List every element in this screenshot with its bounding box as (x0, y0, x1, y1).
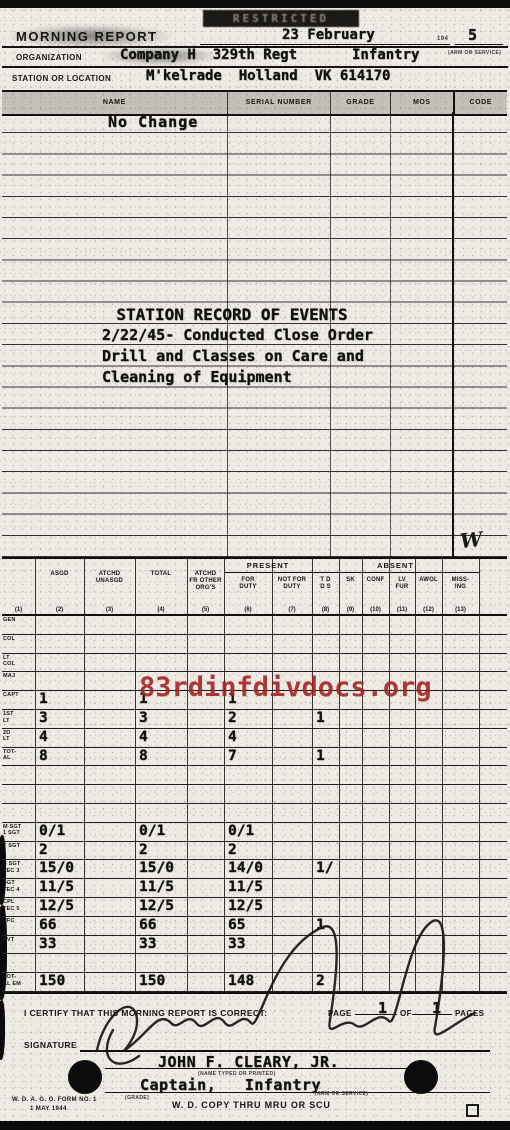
rank-label: MAJ (3, 673, 35, 680)
form-corner-box (466, 1104, 479, 1117)
organization-value: Company H 329th Regt (120, 47, 297, 63)
stats-row: LTCOL (2, 654, 507, 673)
stats-col-header-missing: MISS-ING(13) (442, 573, 479, 614)
rank-label: SGTTEC 4 (3, 880, 35, 893)
arm-service-value: Infantry (352, 47, 419, 63)
rank-label: PVT (3, 937, 35, 944)
rank-label: TOT-AL EM (3, 974, 35, 987)
column-divider (330, 112, 331, 557)
handwritten-signature (85, 880, 495, 1065)
stats-row: COL (2, 635, 507, 654)
stat-cell-td: 1 (316, 709, 325, 728)
stat-cell-for_duty: 7 (228, 747, 237, 766)
station-label: STATION OR LOCATION (12, 74, 111, 83)
roster-column-header-code: CODE (453, 92, 507, 114)
stats-col-rank: (1) (2, 559, 35, 614)
year-fill-line (455, 28, 503, 45)
stats-col-header-awol: AWOL(12) (415, 573, 442, 614)
stat-cell-asgd: 0/1 (39, 822, 65, 841)
stat-cell-asgd: 12/5 (39, 897, 74, 916)
rank-label: 2DLT (3, 730, 35, 743)
roster-column-header-mos: MOS (390, 92, 452, 114)
stat-cell-asgd: 15/0 (39, 859, 74, 878)
watermark: 83rdinfdivdocs.org (139, 672, 432, 703)
rank-label: CAPT (3, 692, 35, 699)
event-line: Cleaning of Equipment (102, 368, 292, 386)
stat-cell-td: 1 (316, 747, 325, 766)
rank-label: S SGTTEC 3 (3, 861, 35, 874)
stat-cell-total: 15/0 (139, 859, 174, 878)
event-line: Drill and Classes on Care and (102, 347, 364, 365)
stats-row: GEN (2, 616, 507, 635)
stats-col-header-td: T DD S(8) (312, 573, 339, 614)
rank-label: PFC (3, 918, 35, 925)
stats-row (2, 766, 507, 785)
arm-hint: (ARM OR SERVICE) (315, 1091, 368, 1097)
stats-col-header-conf: CONF(10) (362, 573, 389, 614)
roster-column-header-name: NAME (2, 92, 227, 114)
rank-label: COL (3, 636, 35, 643)
stat-cell-for_duty: 2 (228, 841, 237, 860)
scan-edge-blob (0, 1000, 5, 1060)
stat-cell-total: 4 (139, 728, 148, 747)
stat-cell-asgd: 2 (39, 841, 48, 860)
copy-routing-note: W. D. COPY THRU MRU OR SCU (172, 1100, 331, 1110)
column-divider (227, 112, 228, 557)
rank-label: M SGT1 SGT (3, 824, 35, 837)
form-date: 1 MAY 1944 (30, 1106, 67, 1112)
stats-row (2, 785, 507, 804)
stat-cell-asgd: 66 (39, 916, 56, 935)
column-divider (452, 112, 454, 557)
stat-cell-asgd: 3 (39, 709, 48, 728)
stats-col-header-sk: SK(9) (339, 573, 362, 614)
stats-row: 2DLT444 (2, 729, 507, 748)
stat-cell-asgd: 33 (39, 935, 56, 954)
stats-col-header-for_duty: FORDUTY(6) (224, 573, 272, 614)
roster-column-header-grade: GRADE (330, 92, 390, 114)
stats-col-header-asgd: ASGD(2) (35, 559, 84, 614)
stat-cell-asgd: 11/5 (39, 878, 74, 897)
arm-service-hint: (ARM OR SERVICE) (448, 50, 501, 56)
column-divider (35, 559, 36, 992)
stats-col-header-not_for_duty: NOT FORDUTY(7) (272, 573, 312, 614)
no-change-entry: No Change (108, 113, 198, 131)
stats-row: 1STLT3321 (2, 710, 507, 729)
stats-row (2, 804, 507, 823)
present-group-header: PRESENT (224, 559, 312, 573)
event-line: 2/22/45- Conducted Close Order (102, 326, 373, 344)
column-divider (390, 112, 391, 557)
stat-cell-total: 8 (139, 747, 148, 766)
punch-hole-left (68, 1060, 102, 1094)
organization-label: ORGANIZATION (16, 53, 82, 62)
punch-hole-right (404, 1060, 438, 1094)
stat-cell-for_duty: 0/1 (228, 822, 254, 841)
stat-cell-total: 3 (139, 709, 148, 728)
stats-col-header-atchd: ATCHDUNASGD(3) (84, 559, 135, 614)
stat-cell-total: 0/1 (139, 822, 165, 841)
events-title: STATION RECORD OF EVENTS (2, 305, 462, 324)
stat-cell-asgd: 1 (39, 690, 48, 709)
morning-report-document: RESTRICTED MORNING REPORT 23 February 19… (0, 0, 510, 1130)
stats-col-header-total: TOTAL(4) (135, 559, 187, 614)
stat-cell-for_duty: 14/0 (228, 859, 263, 878)
report-title: MORNING REPORT (16, 29, 158, 44)
rank-label: LTCOL (3, 655, 35, 668)
stats-col-header-lv_fur: LVFUR(11) (389, 573, 415, 614)
rank-label: 1STLT (3, 711, 35, 724)
rank-label: T SGT (3, 843, 35, 850)
signature-label: SIGNATURE (24, 1040, 77, 1050)
station-value: M'kelrade Holland VK 614170 (146, 68, 390, 84)
rank-label: TOT-AL (3, 749, 35, 762)
rank-label: GEN (3, 617, 35, 624)
stats-row: M SGT1 SGT0/10/10/1 (2, 823, 507, 842)
stat-cell-asgd: 8 (39, 747, 48, 766)
stat-cell-asgd: 150 (39, 972, 65, 991)
stats-row: S SGTTEC 315/015/014/01/ (2, 860, 507, 879)
stat-cell-for_duty: 4 (228, 728, 237, 747)
scan-edge-bottom (0, 1121, 510, 1130)
stat-cell-td: 1/ (316, 859, 333, 878)
rank-label: CPLTEC 5 (3, 899, 35, 912)
grade-hint: (GRADE) (125, 1095, 149, 1101)
absent-group-header: ABSENT (312, 559, 479, 573)
scan-edge-top (0, 0, 510, 8)
stat-cell-total: 2 (139, 841, 148, 860)
handwritten-code-mark: W (459, 527, 484, 553)
stat-cell-asgd: 4 (39, 728, 48, 747)
roster-column-header-serial-number: SERIAL NUMBER (227, 92, 330, 114)
date-fill-line (200, 28, 450, 45)
restricted-stamp: RESTRICTED (203, 10, 359, 27)
form-number: W. D. A. G. O. FORM NO. 1 (12, 1097, 97, 1103)
stats-row: T SGT222 (2, 842, 507, 861)
roster-table: No Change STATION RECORD OF EVENTS 2/22/… (2, 112, 507, 557)
stat-cell-for_duty: 2 (228, 709, 237, 728)
strength-table-header: PRESENTABSENT(1)ASGD(2)ATCHDUNASGD(3)TOT… (2, 559, 507, 616)
stats-col-header-atchd_fr: ATCHDFR OTHERORG'S(5) (187, 559, 224, 614)
stats-row: TOT-AL8871 (2, 748, 507, 767)
